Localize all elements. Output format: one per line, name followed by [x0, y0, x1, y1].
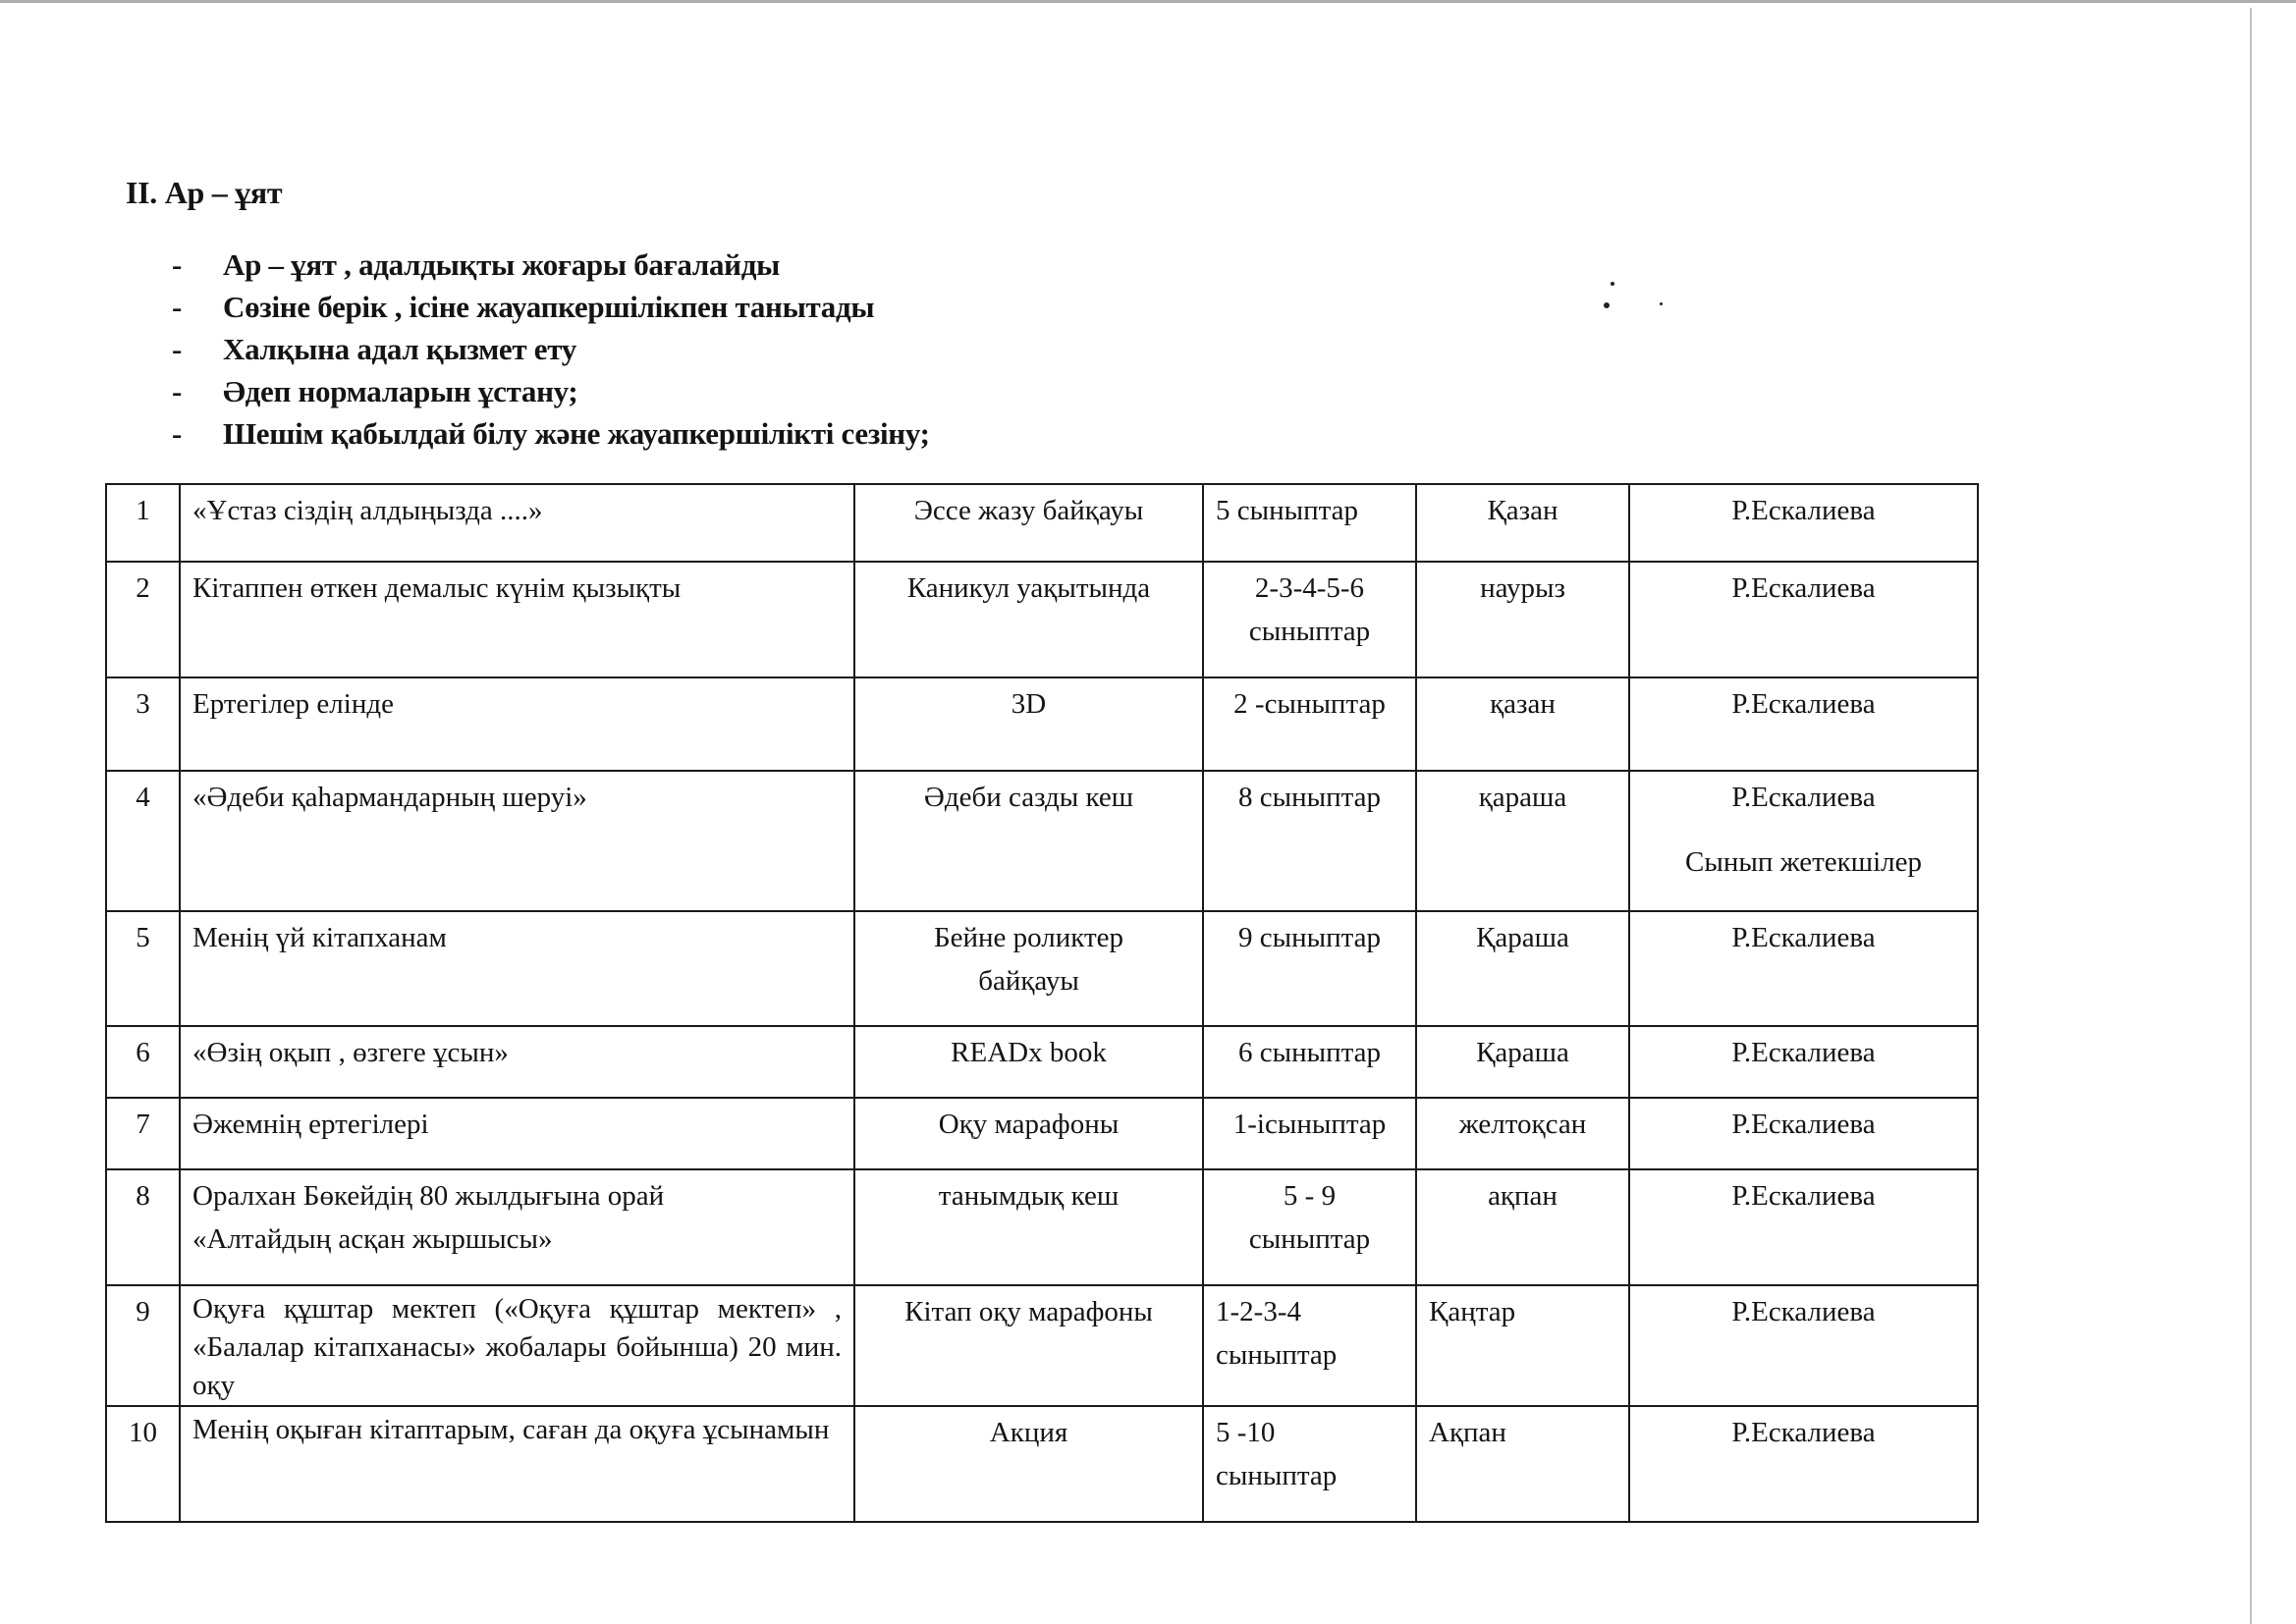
cell-responsible: Р.Ескалиева	[1629, 1169, 1978, 1285]
cell-audience: 2-3-4-5-6 сыныптар	[1203, 562, 1416, 677]
cell-event: Менің үй кітапханам	[180, 911, 854, 1026]
bullet-dash: -	[172, 330, 211, 369]
events-plan-table: 1 «Ұстаз сіздің алдыңызда ....» Эссе жаз…	[105, 483, 1979, 1523]
cell-event: «Ұстаз сіздің алдыңызда ....»	[180, 484, 854, 562]
cell-form: Эссе жазу байқауы	[854, 484, 1203, 562]
cell-responsible: Р.Ескалиева	[1629, 562, 1978, 677]
cell-date: қараша	[1416, 771, 1629, 911]
table-row: 1 «Ұстаз сіздің алдыңызда ....» Эссе жаз…	[106, 484, 1978, 562]
cell-date: Ақпан	[1416, 1406, 1629, 1522]
cell-number: 4	[106, 771, 180, 911]
table-row: 6 «Өзің оқып , өзгеге ұсын» READx book 6…	[106, 1026, 1978, 1098]
bullet-dash: -	[172, 288, 211, 327]
table-row: 7 Әжемнің ертегілері Оқу марафоны 1-ісын…	[106, 1098, 1978, 1169]
cell-number: 1	[106, 484, 180, 562]
cell-event: Кітаппен өткен демалыс күнім қызықты	[180, 562, 854, 677]
table-row: 8 Оралхан Бөкейдің 80 жылдығына орай «Ал…	[106, 1169, 1978, 1285]
cell-form: Каникул уақытында	[854, 562, 1203, 677]
section-heading: II. Ар – ұят	[126, 173, 282, 212]
table-row: 10 Менің оқыған кітаптарым, саған да оқу…	[106, 1406, 1978, 1522]
scan-speck	[1604, 302, 1610, 308]
cell-audience: 9 сыныптар	[1203, 911, 1416, 1026]
cell-audience: 2 -сыныптар	[1203, 677, 1416, 771]
cell-form: Әдеби сазды кеш	[854, 771, 1203, 911]
cell-event: Ертегілер елінде	[180, 677, 854, 771]
cell-form: Бейне роликтер байқауы	[854, 911, 1203, 1026]
bullet-dash: -	[172, 414, 211, 454]
cell-event: «Өзің оқып , өзгеге ұсын»	[180, 1026, 854, 1098]
cell-date: желтоқсан	[1416, 1098, 1629, 1169]
cell-event: Оралхан Бөкейдің 80 жылдығына орай «Алта…	[180, 1169, 854, 1285]
cell-event: Әжемнің ертегілері	[180, 1098, 854, 1169]
cell-number: 9	[106, 1285, 180, 1406]
cell-audience: 5 -10 сыныптар	[1203, 1406, 1416, 1522]
cell-audience: 1-ісыныптар	[1203, 1098, 1416, 1169]
cell-audience: 1-2-3-4 сыныптар	[1203, 1285, 1416, 1406]
cell-responsible: Р.Ескалиева	[1629, 1026, 1978, 1098]
cell-date: Қазан	[1416, 484, 1629, 562]
cell-number: 7	[106, 1098, 180, 1169]
cell-event: «Әдеби қаһармандарның шеруі»	[180, 771, 854, 911]
scan-speck	[1611, 282, 1614, 286]
table-row: 5 Менің үй кітапханам Бейне роликтер бай…	[106, 911, 1978, 1026]
table-row: 4 «Әдеби қаһармандарның шеруі» Әдеби саз…	[106, 771, 1978, 911]
cell-form: READx book	[854, 1026, 1203, 1098]
cell-responsible: Р.Ескалиева	[1629, 1285, 1978, 1406]
table-row: 9 Оқуға құштар мектеп («Оқуға құштар мек…	[106, 1285, 1978, 1406]
cell-responsible: Р.Ескалиева	[1629, 911, 1978, 1026]
cell-number: 5	[106, 911, 180, 1026]
cell-date: Қараша	[1416, 1026, 1629, 1098]
cell-responsible: Р.Ескалиева	[1629, 1098, 1978, 1169]
cell-responsible: Р.Ескалиева	[1629, 1406, 1978, 1522]
cell-audience: 6 сыныптар	[1203, 1026, 1416, 1098]
cell-form: Оқу марафоны	[854, 1098, 1203, 1169]
cell-form: Акция	[854, 1406, 1203, 1522]
cell-audience: 8 сыныптар	[1203, 771, 1416, 911]
table-row: 3 Ертегілер елінде 3D 2 -сыныптар қазан …	[106, 677, 1978, 771]
cell-number: 8	[106, 1169, 180, 1285]
cell-number: 3	[106, 677, 180, 771]
cell-date: ақпан	[1416, 1169, 1629, 1285]
cell-number: 2	[106, 562, 180, 677]
cell-date: Қараша	[1416, 911, 1629, 1026]
cell-date: қазан	[1416, 677, 1629, 771]
cell-date: наурыз	[1416, 562, 1629, 677]
scan-edge-top	[0, 0, 2296, 3]
bullet-dash: -	[172, 372, 211, 411]
cell-responsible: Р.Ескалиева	[1629, 484, 1978, 562]
cell-audience: 5 - 9 сыныптар	[1203, 1169, 1416, 1285]
cell-responsible: Р.Ескалиева	[1629, 677, 1978, 771]
cell-event: Менің оқыған кітаптарым, саған да оқуға …	[180, 1406, 854, 1522]
bullet-dash: -	[172, 245, 211, 285]
cell-responsible: Р.Ескалиева Сынып жетекшілер	[1629, 771, 1978, 911]
cell-number: 6	[106, 1026, 180, 1098]
scan-edge-right	[2250, 8, 2252, 1624]
cell-number: 10	[106, 1406, 180, 1522]
scan-speck	[1660, 302, 1663, 305]
cell-form: танымдық кеш	[854, 1169, 1203, 1285]
cell-event: Оқуға құштар мектеп («Оқуға құштар мекте…	[180, 1285, 854, 1406]
cell-form: 3D	[854, 677, 1203, 771]
table-row: 2 Кітаппен өткен демалыс күнім қызықты К…	[106, 562, 1978, 677]
cell-date: Қаңтар	[1416, 1285, 1629, 1406]
cell-form: Кітап оқу марафоны	[854, 1285, 1203, 1406]
cell-audience: 5 сыныптар	[1203, 484, 1416, 562]
